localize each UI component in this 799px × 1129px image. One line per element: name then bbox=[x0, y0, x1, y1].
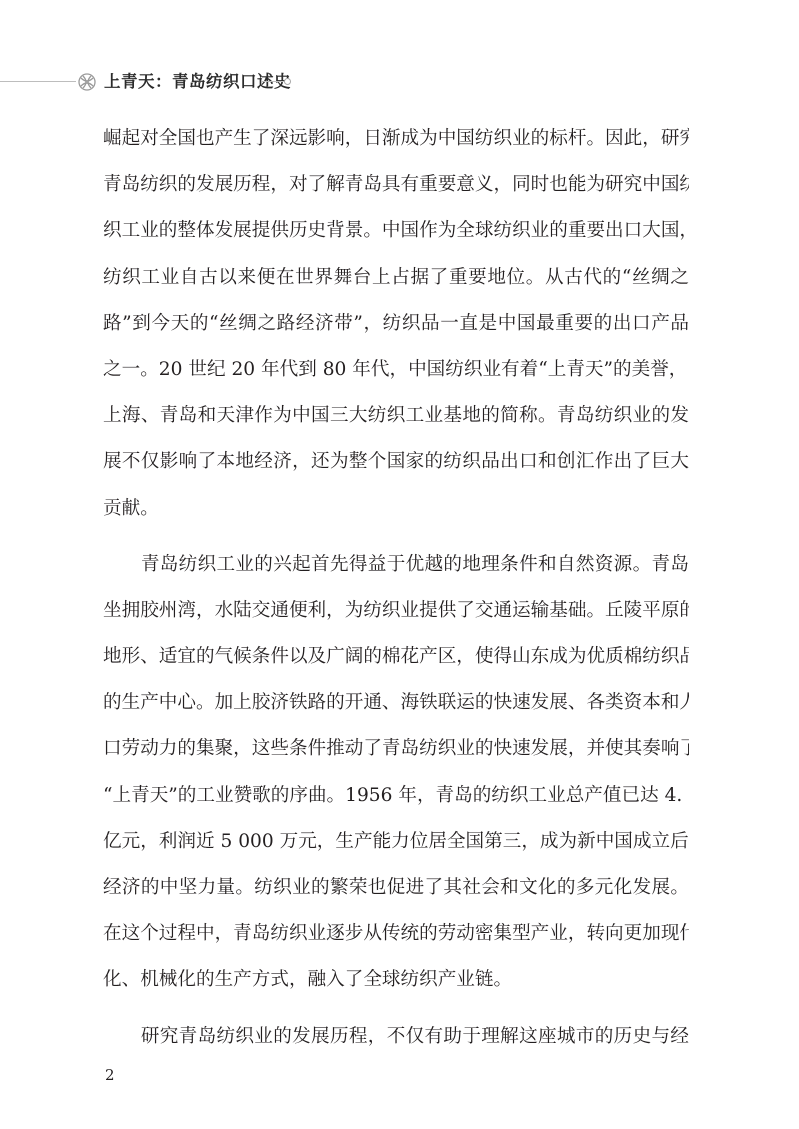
page-number: 2 bbox=[105, 1066, 115, 1084]
header-rule-right bbox=[262, 81, 284, 82]
text-line: 亿元，利润近 5 000 万元，生产能力位居全国第三，成为新中国成立后工业 bbox=[103, 826, 689, 872]
header-rule-left bbox=[0, 81, 76, 82]
text-line: 地形、适宜的气候条件以及广阔的棉花产区，使得山东成为优质棉纺织品 bbox=[103, 641, 689, 687]
text-line: 上海、青岛和天津作为中国三大纺织工业基地的简称。青岛纺织业的发 bbox=[103, 400, 689, 446]
book-title: 上青天：青岛纺织口述史 bbox=[104, 70, 291, 94]
text-line: 路”到今天的“丝绸之路经济带”，纺织品一直是中国最重要的出口产品 bbox=[103, 308, 689, 354]
running-head: 上青天：青岛纺织口述史 bbox=[0, 70, 799, 94]
paragraph-2: 青岛纺织工业的兴起首先得益于优越的地理条件和自然资源。青岛 坐拥胶州湾，水陆交通… bbox=[103, 549, 689, 1011]
text-line: 的生产中心。加上胶济铁路的开通、海铁联运的快速发展、各类资本和人 bbox=[103, 687, 689, 733]
text-line: 坐拥胶州湾，水陆交通便利，为纺织业提供了交通运输基础。丘陵平原的 bbox=[103, 595, 689, 641]
text-line: 纺织工业自古以来便在世界舞台上占据了重要地位。从古代的“丝绸之 bbox=[103, 262, 689, 308]
knot-icon bbox=[77, 72, 97, 92]
text-line: 化、机械化的生产方式，融入了全球纺织产业链。 bbox=[103, 964, 689, 1010]
text-line: 之一。20 世纪 20 年代到 80 年代，中国纺织业有着“上青天”的美誉，即 bbox=[103, 354, 689, 400]
text-line: 青岛纺织的发展历程，对了解青岛具有重要意义，同时也能为研究中国纺 bbox=[103, 169, 689, 215]
body-text: 崛起对全国也产生了深远影响，日渐成为中国纺织业的标杆。因此，研究 青岛纺织的发展… bbox=[103, 123, 689, 1067]
text-line: 口劳动力的集聚，这些条件推动了青岛纺织业的快速发展，并使其奏响了 bbox=[103, 733, 689, 779]
paragraph-1: 崛起对全国也产生了深远影响，日渐成为中国纺织业的标杆。因此，研究 青岛纺织的发展… bbox=[103, 123, 689, 539]
text-line: 青岛纺织工业的兴起首先得益于优越的地理条件和自然资源。青岛 bbox=[103, 549, 689, 595]
text-line: “上青天”的工业赞歌的序曲。1956 年，青岛的纺织工业总产值已达 4. 53 bbox=[103, 780, 689, 826]
text-line: 经济的中坚力量。纺织业的繁荣也促进了其社会和文化的多元化发展。 bbox=[103, 872, 689, 918]
text-line: 展不仅影响了本地经济，还为整个国家的纺织品出口和创汇作出了巨大 bbox=[103, 446, 689, 492]
text-line: 贡献。 bbox=[103, 493, 689, 539]
text-line: 崛起对全国也产生了深远影响，日渐成为中国纺织业的标杆。因此，研究 bbox=[103, 123, 689, 169]
header-end-dot bbox=[284, 78, 291, 85]
paragraph-3: 研究青岛纺织业的发展历程，不仅有助于理解这座城市的历史与经 bbox=[103, 1021, 689, 1067]
text-line: 在这个过程中，青岛纺织业逐步从传统的劳动密集型产业，转向更加现代 bbox=[103, 918, 689, 964]
text-line: 织工业的整体发展提供历史背景。中国作为全球纺织业的重要出口大国， bbox=[103, 215, 689, 261]
text-line: 研究青岛纺织业的发展历程，不仅有助于理解这座城市的历史与经 bbox=[103, 1021, 689, 1067]
